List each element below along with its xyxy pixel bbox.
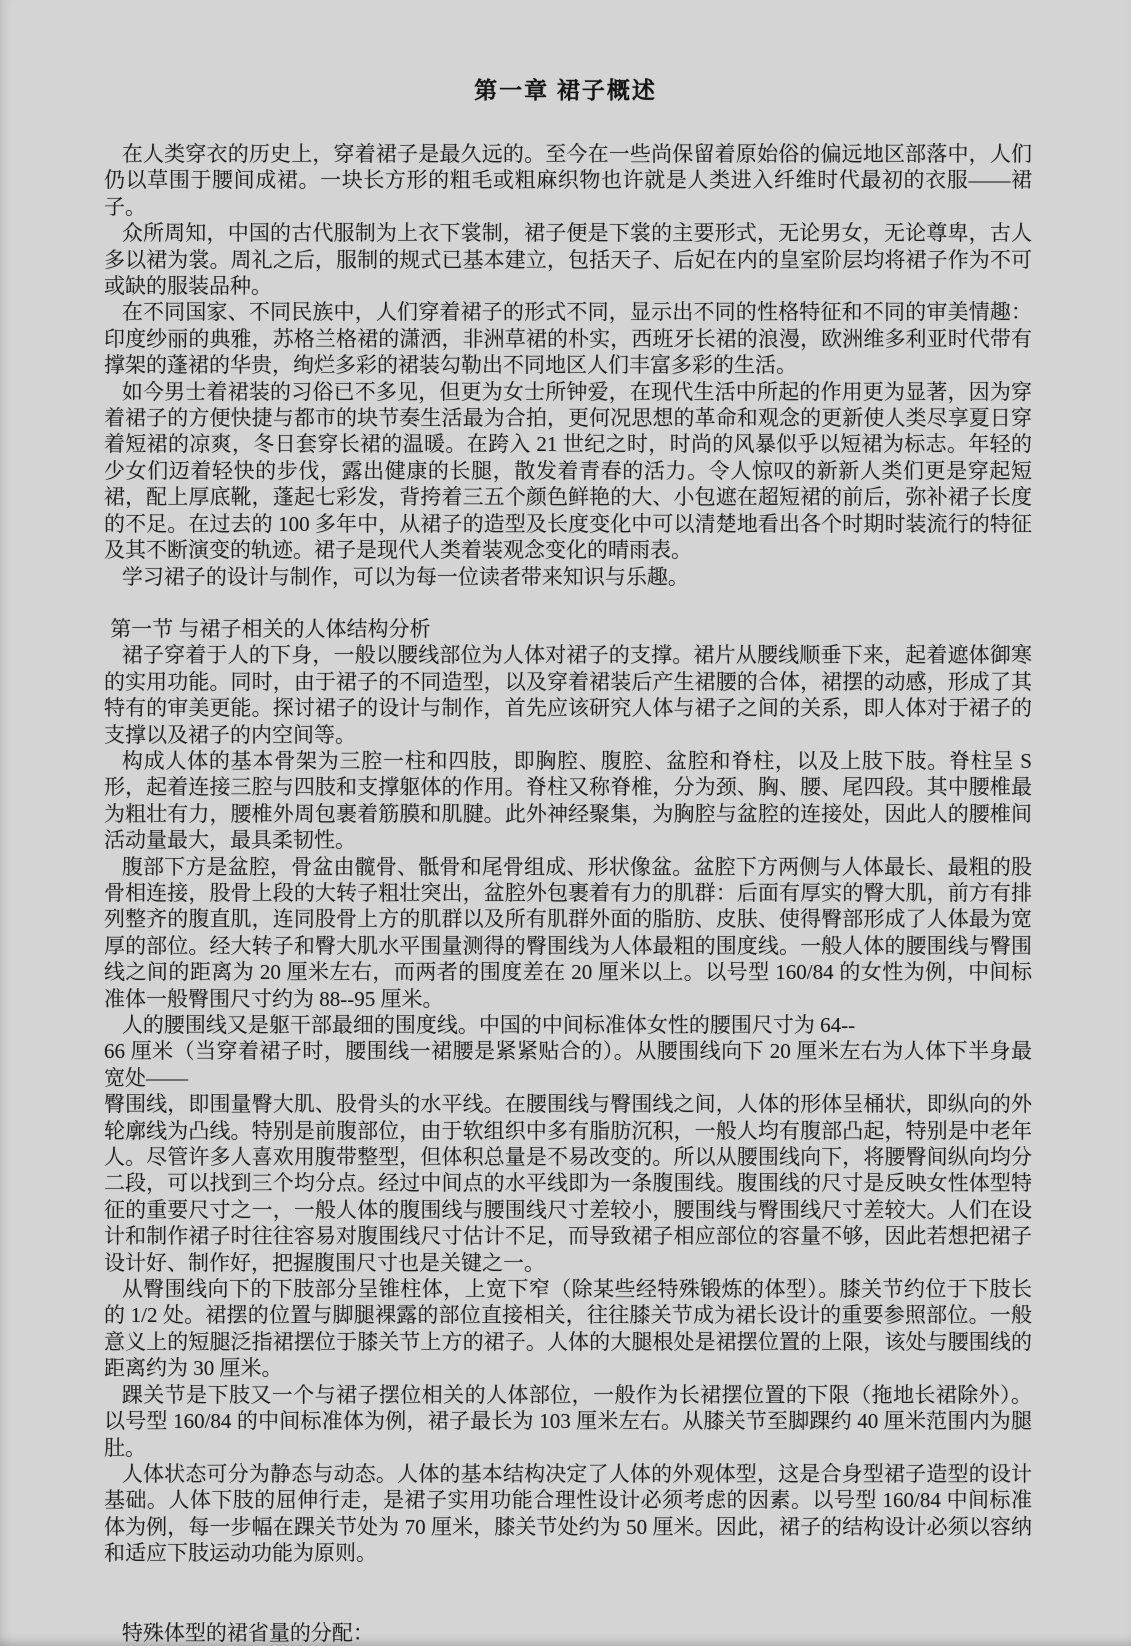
section-heading: 第一节 与裙子相关的人体结构分析 [104, 616, 1032, 642]
paragraph: 从臀围线向下的下肢部分呈锥柱体，上宽下窄（除某些经特殊锻炼的体型）。膝关节约位于… [104, 1276, 1032, 1382]
paragraph: 在不同国家、不同民族中，人们穿着裙子的形式不同，显示出不同的性格特征和不同的审美… [104, 299, 1032, 378]
paragraph: 踝关节是下肢又一个与裙子摆位相关的人体部位，一般作为长裙摆位置的下限（拖地长裙除… [104, 1382, 1032, 1461]
paragraph: 如今男士着裙装的习俗已不多见，但更为女士所钟爱，在现代生活中所起的作用更为显著，… [104, 379, 1032, 564]
paragraph: 特殊体型的裙省量的分配： [104, 1620, 1032, 1646]
paragraph: 构成人体的基本骨架为三腔一柱和四肢，即胸腔、腹腔、盆腔和脊柱，以及上肢下肢。脊柱… [104, 748, 1032, 854]
paragraph: 臀围线，即围量臀大肌、股骨头的水平线。在腰围线与臀围线之间，人体的形体呈桶状，即… [104, 1091, 1032, 1276]
paragraph: 66 厘米（当穿着裙子时，腰围线一裙腰是紧紧贴合的）。从腰围线向下 20 厘米左… [104, 1038, 1032, 1091]
paragraph: 裙子穿着于人的下身，一般以腰线部位为人体对裙子的支撑。裙片从腰线顺垂下来，起着遮… [104, 642, 1032, 748]
paragraph: 人的腰围线又是躯干部最细的围度线。中国的中间标准体女性的腰围尺寸为 64-- [104, 1012, 1032, 1038]
document-body: 在人类穿衣的历史上，穿着裙子是最久远的。至今在一些尚保留着原始俗的偏远地区部落中… [104, 141, 1032, 1646]
chapter-title: 第一章 裙子概述 [0, 0, 1131, 105]
paragraph: 众所周知，中国的古代服制为上衣下裳制，裙子便是下裳的主要形式，无论男女，无论尊卑… [104, 220, 1032, 299]
paragraph: 学习裙子的设计与制作，可以为每一位读者带来知识与乐趣。 [104, 564, 1032, 590]
paragraph: 在人类穿衣的历史上，穿着裙子是最久远的。至今在一些尚保留着原始俗的偏远地区部落中… [104, 141, 1032, 220]
scanned-book-page: 第一章 裙子概述 在人类穿衣的历史上，穿着裙子是最久远的。至今在一些尚保留着原始… [0, 0, 1131, 1646]
paragraph: 腹部下方是盆腔，骨盆由髋骨、骶骨和尾骨组成、形状像盆。盆腔下方两侧与人体最长、最… [104, 854, 1032, 1012]
paragraph: 人体状态可分为静态与动态。人体的基本结构决定了人体的外观体型，这是合身型裙子造型… [104, 1461, 1032, 1567]
